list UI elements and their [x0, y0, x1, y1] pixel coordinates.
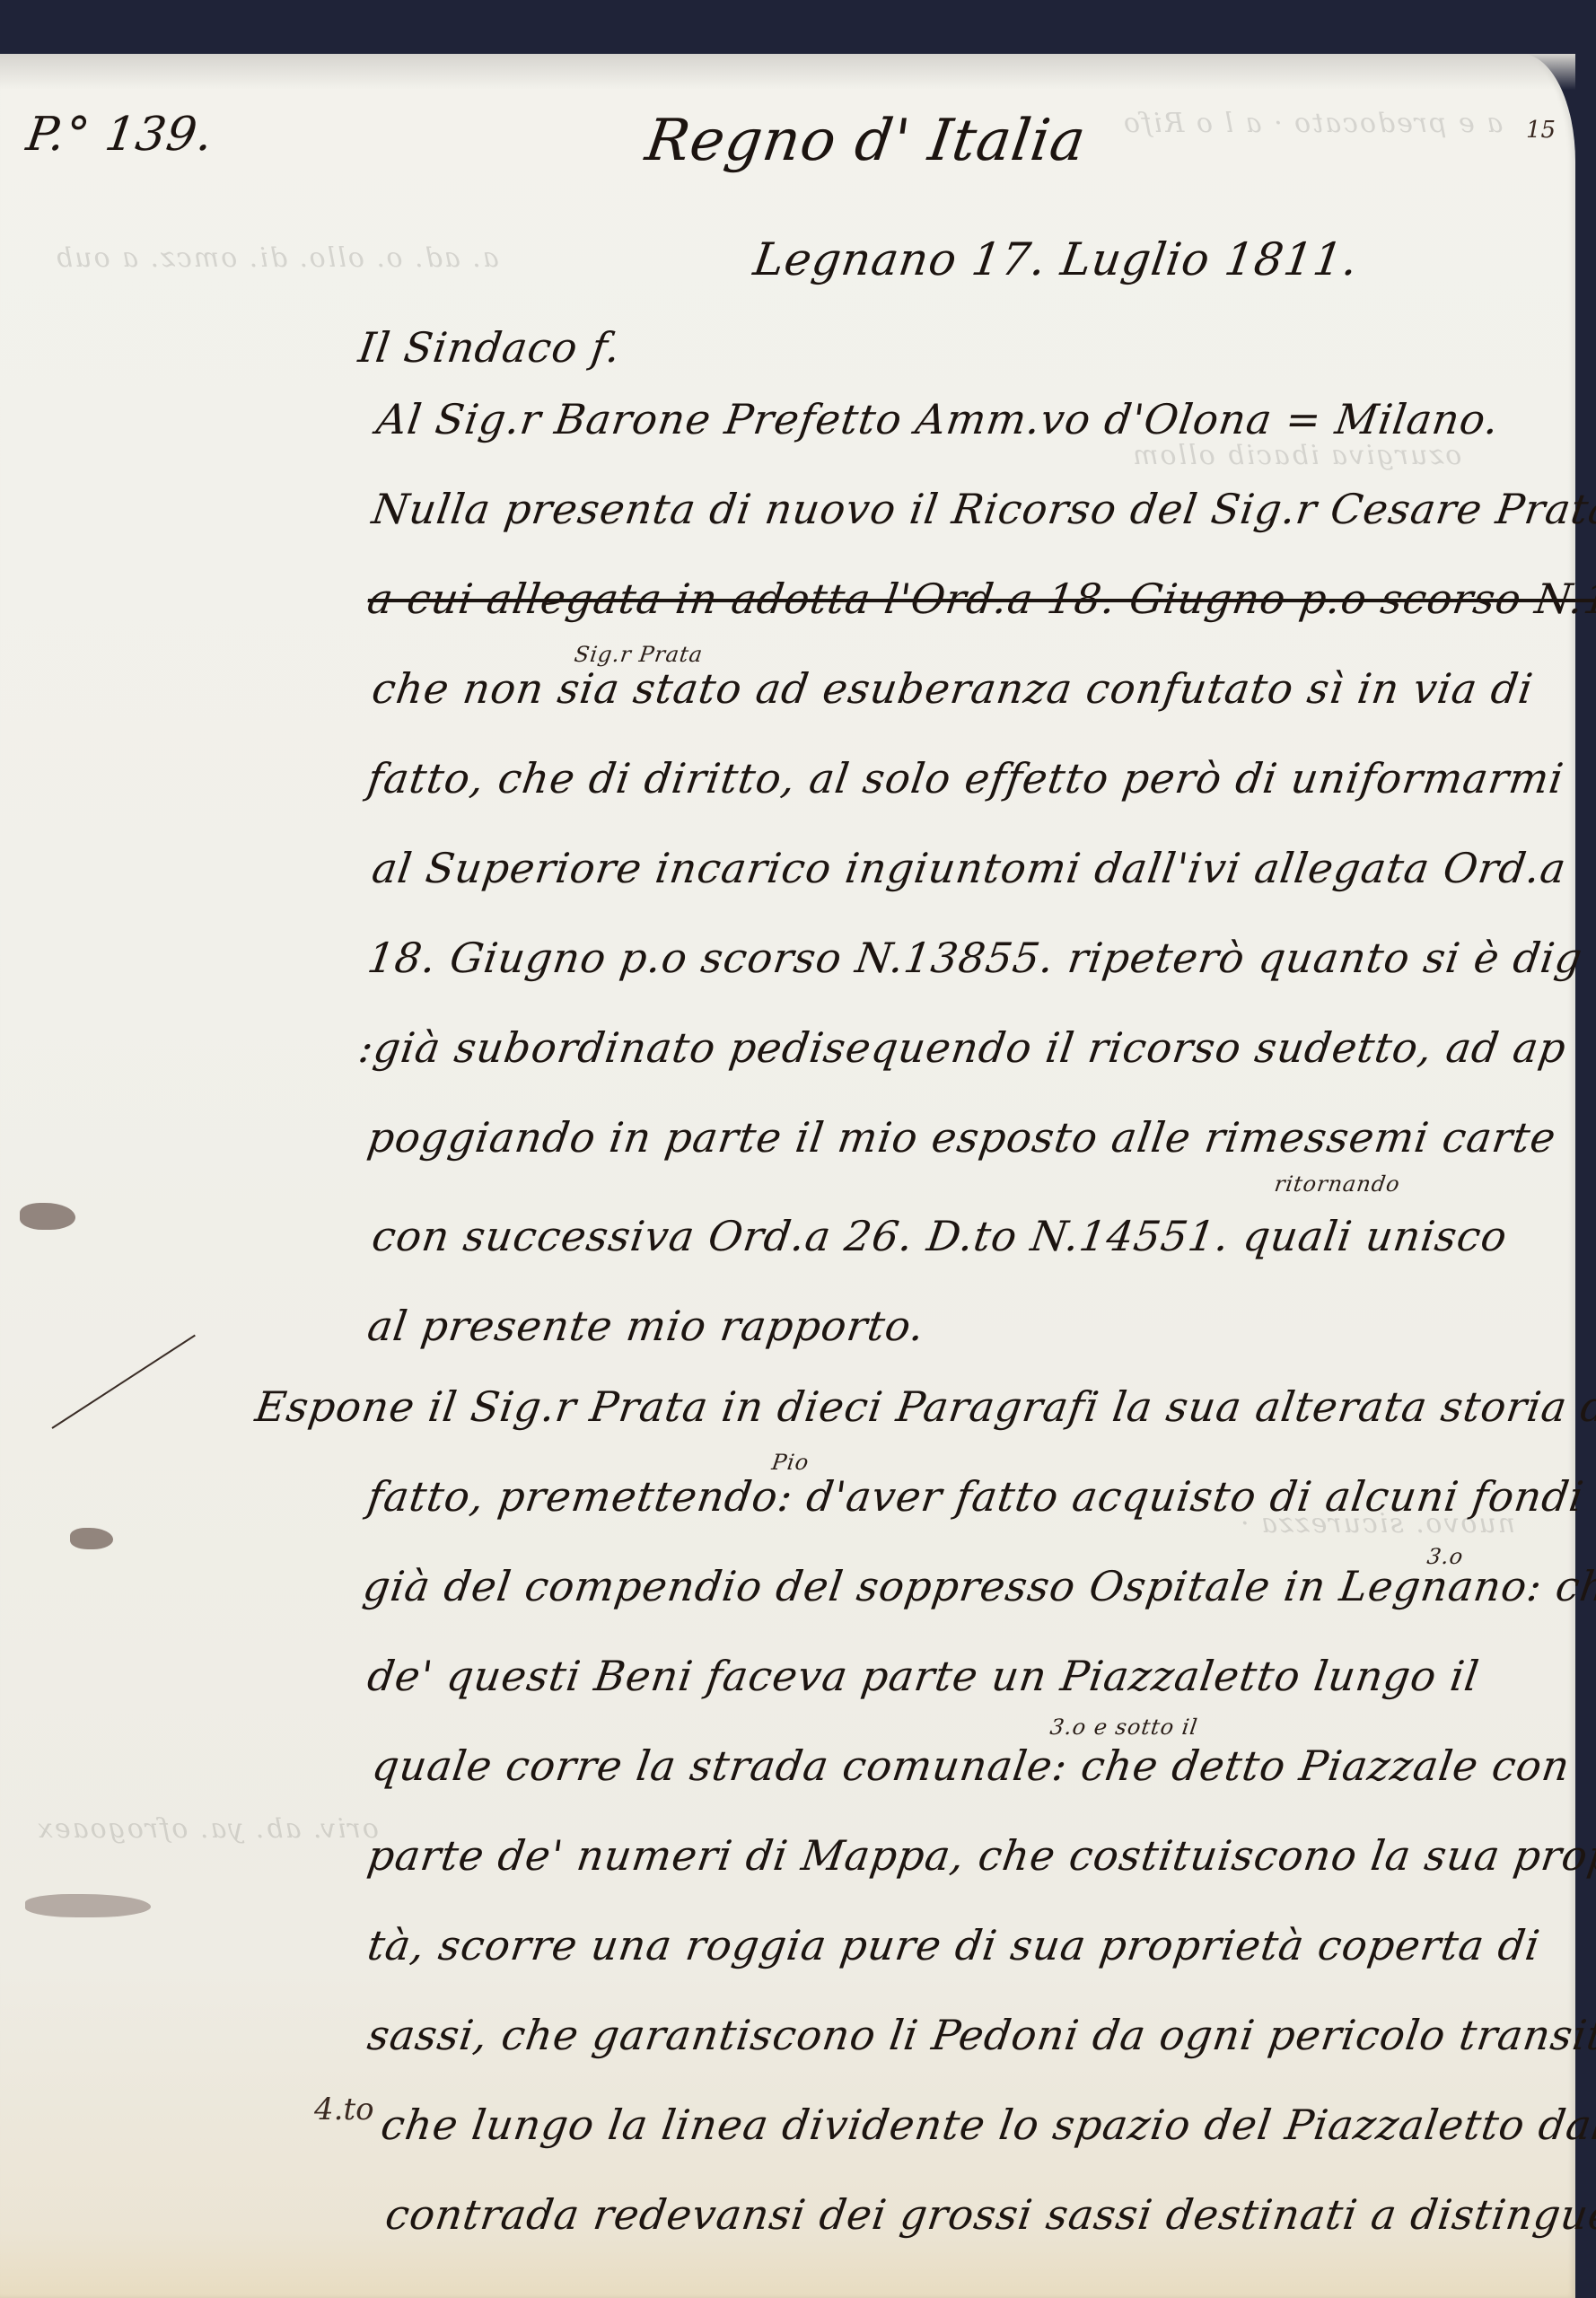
body-line-5: al Superiore incarico ingiuntomi dall'iv…: [369, 844, 1569, 892]
manuscript-page: a. ad. o. ollo. di. omcz. a oub a e pred…: [0, 54, 1575, 2298]
body-line-14: de' questi Beni faceva parte un Piazzale…: [364, 1652, 1482, 1700]
body-line-19: che lungo la linea dividente lo spazio d…: [378, 2101, 1596, 2149]
ink-stain: [70, 1528, 113, 1549]
interlinear-insert: ritornando: [1273, 1171, 1402, 1197]
folio-number: P.° 139.: [23, 108, 217, 162]
sender: Il Sindaco f.: [355, 323, 624, 372]
body-line-1: Nulla presenta di nuovo il Ricorso del S…: [369, 485, 1596, 533]
interlinear-insert: Pio: [770, 1450, 811, 1475]
body-line-13: già del compendio del soppresso Ospitale…: [360, 1562, 1596, 1610]
ink-stain: [20, 1203, 75, 1230]
document-heading: Regno d' Italia: [642, 108, 1091, 174]
ink-stain: [25, 1894, 151, 1917]
body-line-2-struck: a cui allegata in adotta l'Ord.a 18. Giu…: [364, 574, 1596, 623]
body-line-7: :già subordinato pedisequendo il ricorso…: [355, 1023, 1569, 1072]
body-line-18: sassi, che garantiscono li Pedoni da ogn…: [364, 2011, 1596, 2059]
margin-paragraph-mark: 4.to: [314, 2092, 374, 2127]
bleed-through-text: ozurgiva ibacib ollom: [1131, 440, 1461, 471]
bleed-through-text: a e predocato · a l o Rifo: [1122, 108, 1503, 139]
place-date: Legnano 17. Luglio 1811.: [750, 233, 1362, 285]
body-line-3: che non sia stato ad esuberanza confutat…: [369, 664, 1536, 713]
interlinear-insert: 3.o e sotto il: [1048, 1715, 1199, 1740]
corner-number: 15: [1526, 117, 1556, 144]
body-line-8: poggiando in parte il mio esposto alle r…: [364, 1113, 1559, 1162]
body-line-11: Espone il Sig.r Prata in dieci Paragrafi…: [252, 1382, 1596, 1431]
body-line-6: 18. Giugno p.o scorso N.13855. ripeterò …: [364, 934, 1585, 982]
bleed-through-text: oriv. ab. ya. ofrogoaex: [36, 1813, 379, 1845]
body-line-16: parte de' numeri di Mappa, che costituis…: [364, 1831, 1596, 1880]
body-line-4: fatto, che di diritto, al solo effetto p…: [364, 754, 1566, 803]
margin-stroke: [51, 1335, 195, 1429]
body-line-15: quale corre la strada comunale: che dett…: [369, 1741, 1573, 1790]
body-line-17: tà, scorre una roggia pure di sua propri…: [364, 1921, 1543, 1969]
bleed-through-text: a. ad. o. ollo. di. omcz. a oub: [54, 242, 499, 274]
body-line-12: fatto, premettendo: d'aver fatto acquist…: [364, 1472, 1587, 1521]
body-line-10: al presente mio rapporto.: [364, 1302, 927, 1350]
addressee: Al Sig.r Barone Prefetto Amm.vo d'Olona …: [373, 395, 1503, 443]
body-line-20: contrada redevansi dei grossi sassi dest…: [382, 2190, 1596, 2239]
interlinear-insert: Sig.r Prata: [573, 642, 705, 667]
body-line-9: con successiva Ord.a 26. D.to N.14551. q…: [369, 1212, 1511, 1260]
